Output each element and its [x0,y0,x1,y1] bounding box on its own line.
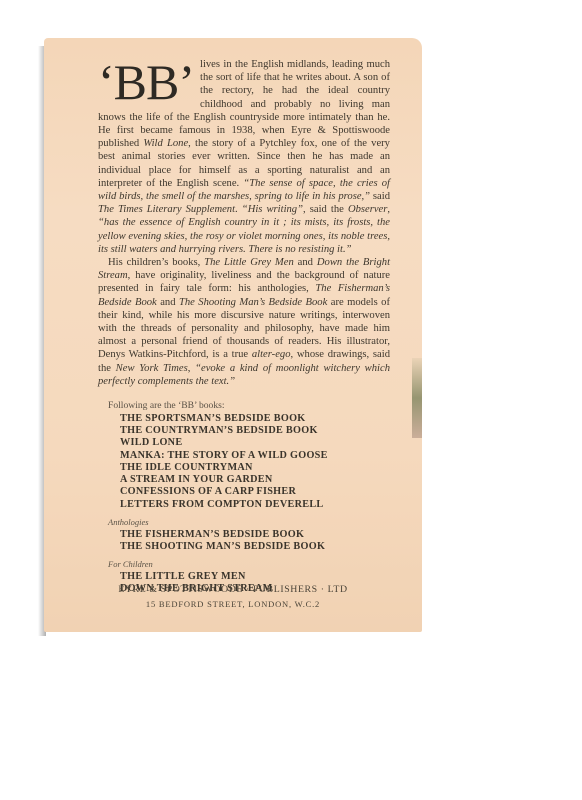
publisher-address: 15 BEDFORD STREET, LONDON, W.C.2 [44,599,422,609]
book-title: THE FISHERMAN’S BEDSIDE BOOK [120,529,390,541]
anthologies-list: THE FISHERMAN’S BEDSIDE BOOK THE SHOOTIN… [98,529,390,553]
book-title: MANKA: THE STORY OF A WILD GOOSE [120,450,390,462]
cover-stain [412,358,422,438]
source-observer: Observer [348,204,387,215]
book-title: THE SHOOTING MAN’S BEDSIDE BOOK [120,541,390,553]
book-title: LETTERS FROM COMPTON DEVERELL [120,499,390,511]
children-heading: For Children [108,559,390,569]
book-title: CONFESSIONS OF A CARP FISHER [120,486,390,498]
title-wild-lone: Wild Lone [143,138,188,149]
bb-dropcap: ‘BB’ [98,62,194,102]
anthologies-heading: Anthologies [108,517,390,527]
book-back-cover: ‘BB’ lives in the English midlands, lead… [44,38,422,632]
book-title: A STREAM IN YOUR GARDEN [120,474,390,486]
book-title: WILD LONE [120,437,390,449]
intro-paragraph: ‘BB’ lives in the English midlands, lead… [98,58,390,256]
book-title: THE LITTLE GREY MEN [120,571,390,583]
books-list: THE SPORTSMAN’S BEDSIDE BOOK THE COUNTRY… [98,413,390,511]
second-paragraph: His children’s books, The Little Grey Me… [98,256,390,388]
book-title: THE SPORTSMAN’S BEDSIDE BOOK [120,413,390,425]
blurb-content: ‘BB’ lives in the English midlands, lead… [98,58,390,596]
quote-observer: “has the essence of English country in i… [98,217,390,254]
book-title: THE IDLE COUNTRYMAN [120,462,390,474]
books-list-heading: Following are the ‘BB’ books: [108,400,390,411]
source-times: The Times Literary Supplement [98,204,235,215]
publisher-name: EYRE & SPOTTISWOODE · PUBLISHERS · LTD [44,584,422,595]
book-title: THE COUNTRYMAN’S BEDSIDE BOOK [120,425,390,437]
